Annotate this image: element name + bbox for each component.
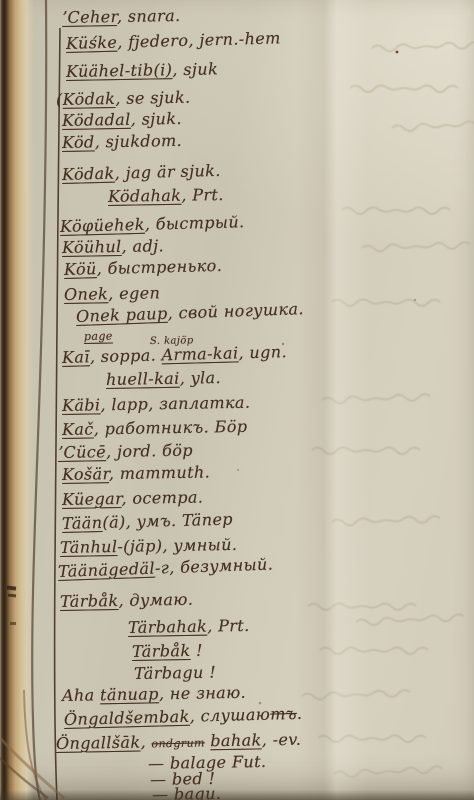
headword: Kaī [62, 347, 90, 367]
manuscript-line: Köü, быстренько. [64, 256, 223, 279]
manuscript-line: Tään(ä), умъ. Tänep [62, 510, 233, 533]
manuscript-line: Küśke, fjedero, jern.-hem [66, 28, 281, 53]
gloss-text: , sjukdom. [94, 131, 182, 152]
gloss-text: , fjedero, jern.-hem [117, 28, 281, 51]
gloss-text: , -ev. [261, 730, 301, 750]
headword: huell-kai [106, 369, 180, 389]
gloss-text: -(jäp), умный. [117, 535, 237, 556]
gloss-text: , ugn. [238, 342, 287, 362]
headword: Tärbahak [128, 617, 207, 637]
bottom-page-shadow [0, 790, 474, 800]
gloss-text: , jag är sjuk. [114, 161, 221, 183]
manuscript-line: Onek, egen [64, 283, 161, 304]
headword: Ködahak [108, 186, 182, 206]
headword: Öngaldšembak [64, 707, 190, 729]
manuscript-line: Tärbåk ! [132, 641, 203, 661]
manuscript-line: Tärbagu ! [134, 663, 216, 683]
manuscript-line: Kač, работникъ. Бöр [62, 417, 248, 439]
headword: Onek paup [76, 304, 168, 326]
gloss-text: ! [190, 641, 203, 660]
gloss-text: , soppa. [90, 345, 162, 366]
gloss-text: -г, безумный. [155, 554, 274, 577]
gloss-text: , Prt. [207, 616, 250, 636]
gloss-text: , se sjuk. [115, 88, 191, 108]
manuscript-line: Tärbahak, Prt. [128, 616, 250, 637]
gloss-text: , mammuth. [109, 462, 211, 483]
headword: Tänhul [60, 537, 118, 557]
manuscript-line: Košär, mammuth. [62, 462, 210, 484]
gloss-text: , lapp, заплатка. [100, 393, 250, 415]
headword: Öngallšāk [56, 733, 141, 753]
manuscript-line: Küegar, осетра. [62, 488, 204, 509]
gloss-text: , jord. бöр [106, 441, 193, 462]
headword: Tärbåk [60, 591, 119, 611]
headword: Ködak [62, 164, 115, 184]
gloss-text: , [140, 732, 151, 751]
headword: bahak [210, 730, 262, 750]
manuscript-photo: ʼCeher, snara.Küśke, fjedero, jern.-hemK… [0, 0, 474, 800]
gloss-text: , быстренько. [96, 256, 222, 278]
gloss-text: , sjuk [172, 59, 218, 79]
manuscript-line: Ködadal, sjuk. [62, 109, 182, 130]
headword: Ködak [62, 89, 115, 109]
gloss-text: Aha [62, 685, 100, 705]
gloss-text: , слушаю [189, 705, 270, 726]
gloss-text: , adj. [121, 236, 164, 256]
gloss-text: , быстрый. [145, 212, 245, 234]
manuscript-line: ʼCeher, snara. [62, 6, 181, 27]
gloss-text: , yla. [179, 368, 221, 388]
gloss-text: (ä), умъ. Tänep [102, 510, 233, 532]
headword: Köφüehek [60, 215, 145, 236]
manuscript-line: Tänhul-(jäp), умный. [60, 535, 238, 557]
gloss-text: , свой ногушка. [167, 299, 304, 323]
headword: Arma-kai [161, 343, 238, 364]
headword: Köd [62, 132, 95, 152]
gloss-text: , sjuk. [130, 109, 182, 129]
gloss-text: , осетра. [121, 488, 203, 508]
gloss-text: , snara. [117, 6, 181, 26]
manuscript-line: Öngallšāk, ondgrum bahak, -ev. [56, 730, 302, 753]
manuscript-line: Küähel-tib(i), sjuk [66, 59, 218, 81]
headword: Ködadal [62, 110, 131, 130]
manuscript-line: Ködak, jag är sjuk. [62, 161, 221, 184]
headword: tänuap [100, 684, 159, 704]
headword: Täänägedäl [58, 559, 156, 581]
manuscript-line: Täänägedäl-г, безумный. [58, 554, 274, 581]
manuscript-line: (Ködak, se sjuk. [56, 88, 191, 109]
headword: Tään [62, 513, 103, 533]
gloss-text: Tärbagu ! [134, 663, 216, 683]
headword: ʼCücē [58, 442, 106, 462]
gloss-text: . [297, 704, 303, 723]
manuscript-line: page [84, 329, 113, 343]
manuscript-line: Köd, sjukdom. [62, 131, 182, 152]
margin-rule-line [55, 28, 60, 800]
gloss-text: ondgrum [151, 736, 205, 750]
manuscript-line: Aha tänuap, не знаю. [62, 683, 246, 705]
show-through-writing [302, 42, 474, 778]
paper-fold-line [296, 0, 370, 800]
manuscript-line: Ködahak, Prt. [108, 185, 224, 206]
headword: Köühul [62, 237, 122, 257]
headword: Köü [64, 259, 97, 279]
page-crease [32, 0, 46, 800]
gloss-text: , не знаю. [159, 683, 247, 704]
manuscript-line: Tärbåk, думаю. [60, 590, 194, 611]
headword: Onek [64, 284, 109, 304]
headword: Tärbåk [132, 641, 191, 661]
gloss-text: , egen [108, 283, 160, 303]
manuscript-line: Köφüehek, быстрый. [60, 212, 245, 236]
manuscript-line: Käbi, lapp, заплатка. [62, 393, 251, 415]
manuscript-line: Kaī, soppa. Arma-kai, ugn. [62, 342, 287, 367]
gloss-text: , работникъ. Бöр [93, 417, 247, 439]
headword: page [84, 329, 113, 343]
headword: Kač [62, 419, 94, 439]
headword: Küśke [66, 33, 118, 53]
headword: Käbi [62, 395, 101, 415]
headword: ʼCeher [62, 7, 117, 27]
gloss-text: тъ [270, 704, 297, 724]
gloss-text: , Prt. [181, 185, 224, 205]
book-spine-page-edges [0, 0, 34, 800]
headword: Küegar [62, 489, 122, 509]
headword: Küähel-tib(i) [66, 60, 173, 81]
manuscript-line: Köühul, adj. [62, 236, 164, 257]
manuscript-line: ʼCücē, jord. бöр [58, 441, 193, 462]
manuscript-line: Öngaldšembak, слушаютъ. [64, 704, 303, 729]
manuscript-line: huell-kai, yla. [106, 368, 221, 389]
gloss-text: , думаю. [118, 590, 193, 610]
headword: Košär [62, 464, 109, 484]
